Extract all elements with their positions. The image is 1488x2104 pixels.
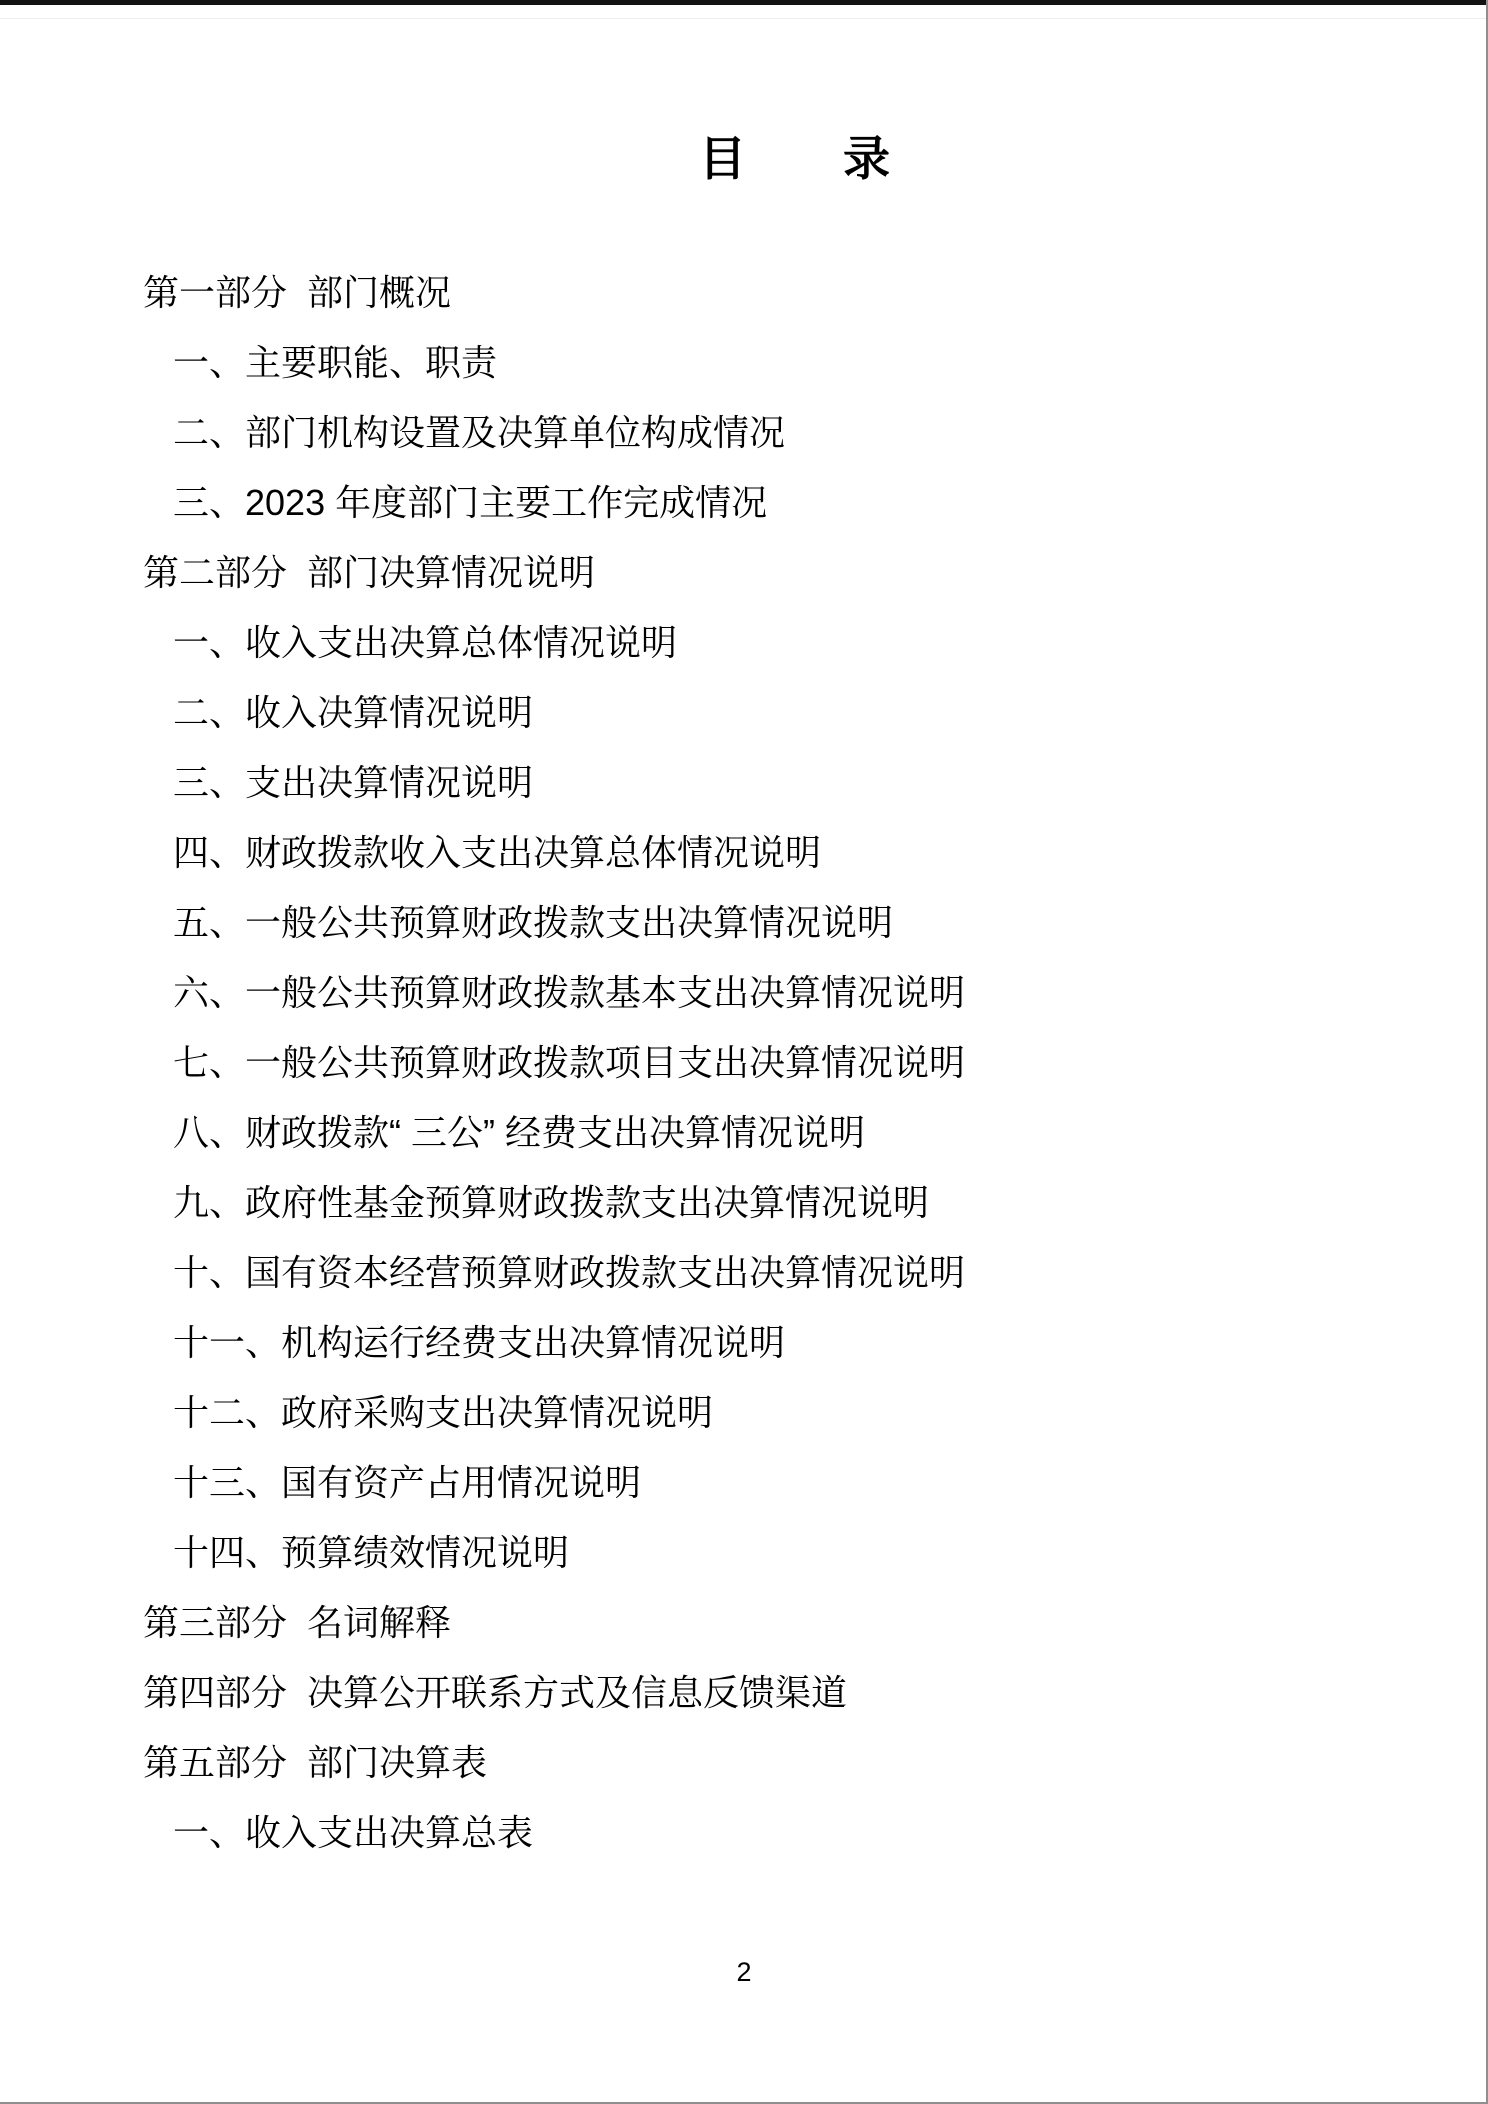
toc-item: 一、主要职能、职责 [143,328,965,398]
document-page: { "document": { "title": "目 录", "page_nu… [0,0,1488,2104]
toc-item: 十一、机构运行经费支出决算情况说明 [143,1308,965,1378]
top-faint-line [0,18,1488,19]
toc-item: 三、支出决算情况说明 [143,748,965,818]
toc-section-2: 第二部分 部门决算情况说明 [143,538,965,608]
toc-item: 十、国有资本经营预算财政拨款支出决算情况说明 [143,1238,965,1308]
top-border-bar [0,0,1488,5]
toc-item: 四、财政拨款收入支出决算总体情况说明 [143,818,965,888]
toc-section-5: 第五部分 部门决算表 [143,1728,965,1798]
toc-item: 八、财政拨款“ 三公” 经费支出决算情况说明 [143,1098,965,1168]
toc-item: 一、收入支出决算总表 [143,1798,965,1868]
toc-item: 十四、预算绩效情况说明 [143,1518,965,1588]
toc-section-3: 第三部分 名词解释 [143,1588,965,1658]
toc-item: 七、一般公共预算财政拨款项目支出决算情况说明 [143,1028,965,1098]
page-number: 2 [0,1956,1488,1988]
toc-item: 十二、政府采购支出决算情况说明 [143,1378,965,1448]
toc-section-4: 第四部分 决算公开联系方式及信息反馈渠道 [143,1658,965,1728]
page-title-text: 目 录 [699,134,891,186]
toc-item: 三、2023 年度部门主要工作完成情况 [143,468,965,538]
toc-item: 六、一般公共预算财政拨款基本支出决算情况说明 [143,958,965,1028]
toc-list: 第一部分 部门概况 一、主要职能、职责 二、部门机构设置及决算单位构成情况 三、… [143,258,965,1868]
toc-item: 十三、国有资产占用情况说明 [143,1448,965,1518]
toc-section-1: 第一部分 部门概况 [143,258,965,328]
toc-item: 二、部门机构设置及决算单位构成情况 [143,398,965,468]
toc-item: 一、收入支出决算总体情况说明 [143,608,965,678]
toc-item: 二、收入决算情况说明 [143,678,965,748]
toc-item: 五、一般公共预算财政拨款支出决算情况说明 [143,888,965,958]
page-title: 目 录 [0,134,1488,186]
toc-item: 九、政府性基金预算财政拨款支出决算情况说明 [143,1168,965,1238]
